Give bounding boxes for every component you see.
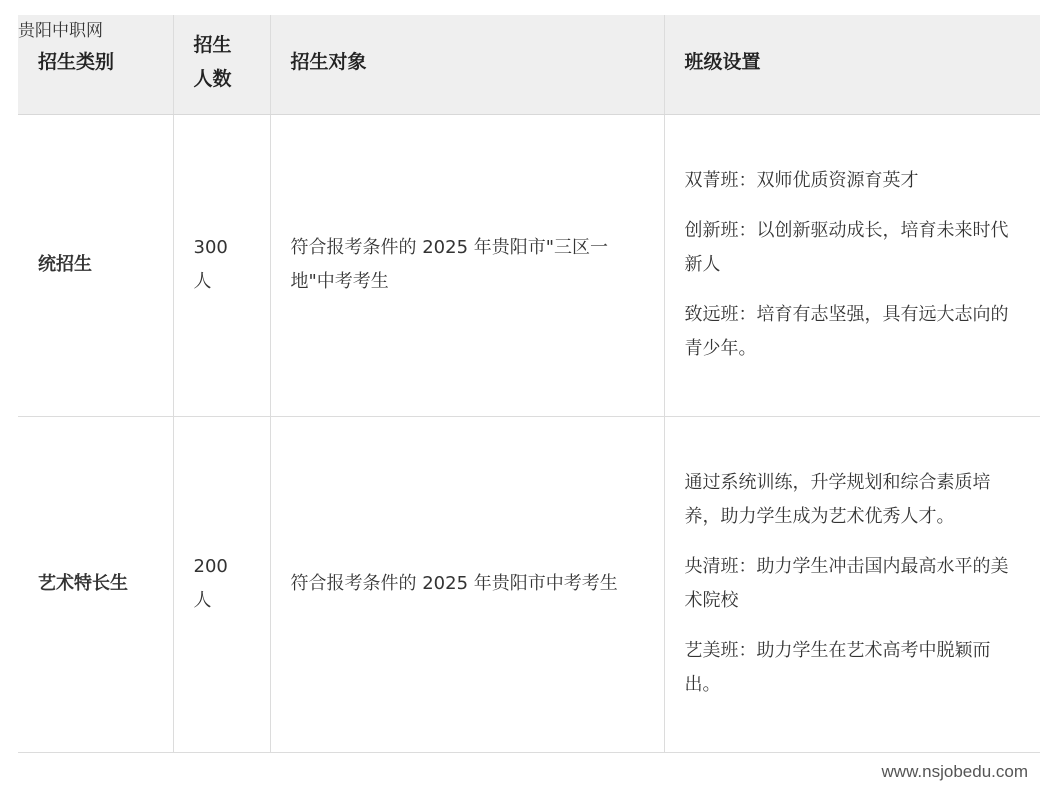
header-target-label: 招生对象 — [291, 45, 367, 79]
header-category-label: 招生类别 — [38, 45, 114, 79]
cell-count: 200 人 — [173, 416, 270, 752]
cell-classes: 双菁班：双师优质资源育英才 创新班：以创新驱动成长，培育未来时代新人 致远班：培… — [664, 114, 1040, 416]
header-count: 招生 人数 — [173, 15, 270, 114]
cell-target: 符合报考条件的 2025 年贵阳市"三区一地"中考考生 — [270, 114, 664, 416]
header-classes-label: 班级设置 — [685, 45, 761, 79]
class-item: 致远班：培育有志坚强，具有远大志向的青少年。 — [685, 298, 1023, 366]
enrollment-table-container: 招生类别 招生 人数 招生对象 班级设置 统招生 — [18, 15, 1040, 753]
cell-classes: 通过系统训练，升学规划和综合素质培养，助力学生成为艺术优秀人才。 央清班：助力学… — [664, 416, 1040, 752]
count-unit: 人 — [194, 265, 252, 299]
table-row: 统招生 300 人 符合报考条件的 2025 年贵阳市"三区一地"中考考生 双菁… — [18, 114, 1040, 416]
header-target: 招生对象 — [270, 15, 664, 114]
watermark-url: www.nsjobedu.com — [882, 762, 1028, 782]
enrollment-table: 招生类别 招生 人数 招生对象 班级设置 统招生 — [18, 15, 1040, 753]
count-unit: 人 — [194, 584, 252, 618]
class-item: 双菁班：双师优质资源育英才 — [685, 164, 1023, 198]
count-number: 200 — [194, 550, 252, 584]
cell-target: 符合报考条件的 2025 年贵阳市中考考生 — [270, 416, 664, 752]
class-item: 创新班：以创新驱动成长，培育未来时代新人 — [685, 214, 1023, 282]
count-number: 300 — [194, 231, 252, 265]
table-row: 艺术特长生 200 人 符合报考条件的 2025 年贵阳市中考考生 通过系统训练… — [18, 416, 1040, 752]
header-count-line1: 招生 — [194, 28, 232, 62]
header-count-line2: 人数 — [194, 62, 232, 96]
header-classes: 班级设置 — [664, 15, 1040, 114]
class-item: 通过系统训练，升学规划和综合素质培养，助力学生成为艺术优秀人才。 — [685, 466, 1023, 534]
class-item: 央清班：助力学生冲击国内最高水平的美术院校 — [685, 550, 1023, 618]
table-header-row: 招生类别 招生 人数 招生对象 班级设置 — [18, 15, 1040, 114]
cell-count: 300 人 — [173, 114, 270, 416]
cell-category: 艺术特长生 — [18, 416, 173, 752]
class-item: 艺美班：助力学生在艺术高考中脱颖而出。 — [685, 634, 1023, 702]
cell-category: 统招生 — [18, 114, 173, 416]
watermark-site-name: 贵阳中职网 — [18, 16, 103, 41]
